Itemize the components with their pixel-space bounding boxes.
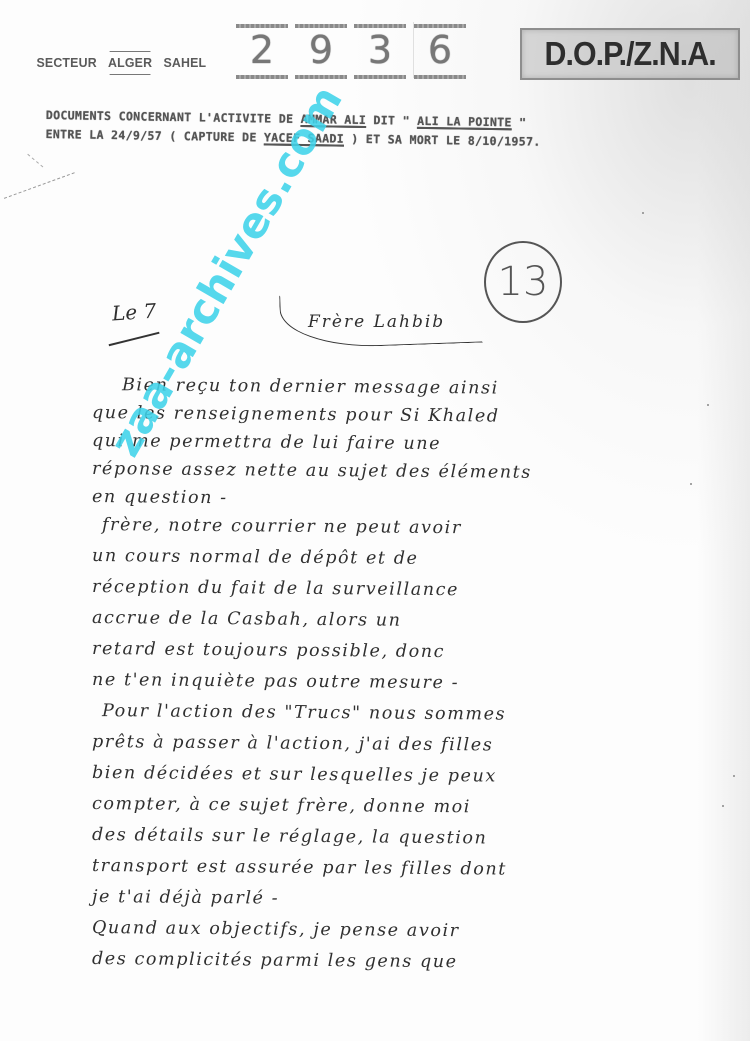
- letter-line: compter, à ce sujet frère, donne moi: [92, 791, 612, 827]
- sector-prefix: SECTEUR: [36, 55, 96, 70]
- sector-suffix: SAHEL: [163, 55, 206, 70]
- letter-salutation: Frère Lahbib: [308, 312, 445, 332]
- letter-body: Bien reçu ton dernier message ainsique l…: [92, 372, 612, 977]
- scan-mark: [27, 154, 44, 168]
- speck: [722, 805, 724, 807]
- scan-mark: [4, 172, 75, 200]
- letter-line: transport est assurée par les filles don…: [92, 853, 612, 889]
- letter-line: en question -: [92, 484, 612, 517]
- letter-line: retard est toujours possible, donc: [92, 636, 612, 672]
- document-number-digit: 2: [236, 22, 288, 78]
- sector-name: ALGER: [108, 55, 152, 70]
- page-number: 13: [498, 259, 549, 305]
- letter-line: Pour l'action des "Trucs" nous sommes: [92, 698, 612, 734]
- document-number-stamp: 2 9 3 6: [236, 22, 466, 78]
- subject-name: AMMAR ALI: [301, 112, 367, 127]
- letter-line: réception du fait de la surveillance: [92, 574, 612, 610]
- circled-page-number: 13: [484, 241, 562, 323]
- document-number-digit: 9: [295, 22, 347, 78]
- letter-line: un cours normal de dépôt et de: [92, 543, 612, 579]
- captured-person-name: YACEF SAADI: [264, 130, 344, 145]
- scanned-document-page: SECTEUR ALGER SAHEL 2 9 3 6 D.O.P./Z.N.A…: [0, 0, 750, 1041]
- speck: [733, 775, 735, 777]
- speck: [642, 212, 644, 214]
- date-underline: [109, 332, 160, 346]
- speck: [707, 404, 709, 406]
- subject-alias: ALI LA POINTE: [417, 114, 512, 129]
- letter-line: ne t'en inquiète pas outre mesure -: [92, 667, 612, 703]
- letter-line: Quand aux objectifs, je pense avoir: [92, 915, 612, 951]
- letter-line: réponse assez nette au sujet des élément…: [92, 456, 612, 489]
- letter-line: je t'ai déjà parlé -: [92, 884, 612, 920]
- letter-line: prêts à passer à l'action, j'ai des fill…: [92, 729, 612, 765]
- typed-header: DOCUMENTS CONCERNANT L'ACTIVITE DE AMMAR…: [45, 106, 716, 155]
- unit-stamp-label: D.O.P./Z.N.A.: [544, 35, 715, 73]
- sector-stamp: SECTEUR ALGER SAHEL: [36, 55, 206, 70]
- letter-line: accrue de la Casbah, alors un: [92, 605, 612, 641]
- document-number-digit: 3: [354, 22, 406, 78]
- unit-stamp-box: D.O.P./Z.N.A.: [520, 28, 740, 80]
- letter-line: que les renseignements pour Si Khaled: [92, 400, 612, 433]
- letter-date: Le 7: [111, 298, 157, 325]
- letter-line: Bien reçu ton dernier message ainsi: [92, 372, 612, 405]
- letter-line: qui me permettra de lui faire une: [92, 428, 612, 461]
- document-number-digit: 6: [413, 22, 466, 78]
- letter-line: des complicités parmi les gens que: [92, 946, 612, 982]
- letter-line: des détails sur le réglage, la question: [92, 822, 612, 858]
- speck: [690, 483, 692, 485]
- letter-line: bien décidées et sur lesquelles je peux: [92, 760, 612, 796]
- letter-line: frère, notre courrier ne peut avoir: [92, 512, 612, 548]
